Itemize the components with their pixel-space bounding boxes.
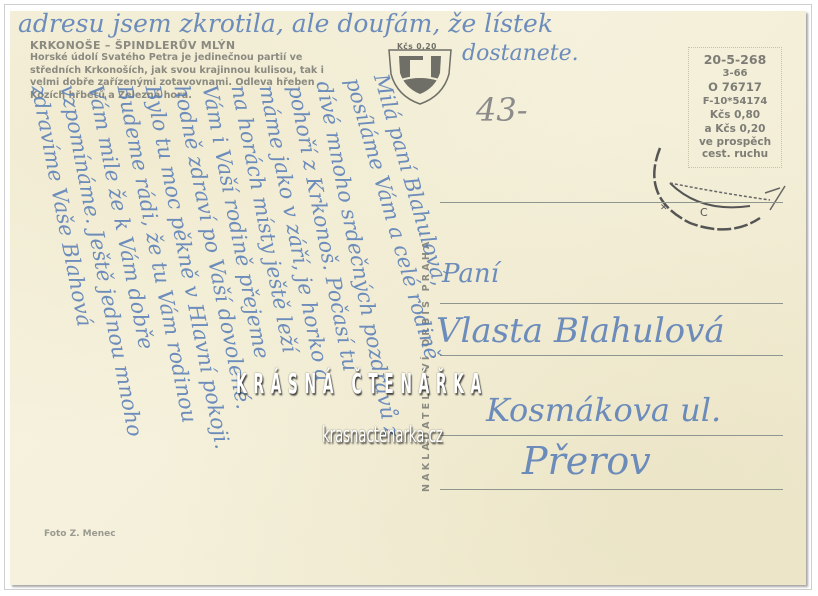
stamp-line: F-10*54174 [689,95,781,108]
caption-title: KRKONOŠE – ŠPINDLERŮV MLÝN [30,39,350,52]
emblem-value: Kčs 0,20 [397,42,437,51]
handwritten-top-line2: dostanete. [462,41,579,66]
handwritten-top-line: adresu jsem zkrotila, ale doufám, že lís… [18,11,553,38]
stamp-line: 3-66 [689,67,781,80]
photo-credit: Foto Z. Menec [44,529,116,539]
address-line [440,303,783,304]
address-line [440,202,783,203]
pencil-note: 43- [476,91,528,129]
svg-text:✕: ✕ [660,203,668,213]
stamp-line: a Kčs 0,20 [689,122,781,136]
address-city: Přerov [522,439,651,483]
address-name: Vlasta Blahulová [436,311,725,351]
stamp-line: O 76717 [689,80,781,95]
watermark-url: krasnactenarka.cz [322,423,443,448]
stamp-line: 20-5-268 [689,52,781,67]
svg-text:C: C [700,206,708,219]
postcard: 43- KRKONOŠE – ŠPINDLERŮV MLÝN Horské úd… [10,11,806,585]
address-street: Kosmákova ul. [486,391,721,429]
stamp-line: Kčs 0,80 [689,108,781,122]
postmark-icon: C ✕ [640,138,790,238]
watermark-title: KRÁSNÁ ČTENÁŘKA [236,367,488,400]
address-line [440,489,783,490]
address-line [440,355,783,356]
address-line [440,435,783,436]
address-salutation: Paní [442,259,499,289]
